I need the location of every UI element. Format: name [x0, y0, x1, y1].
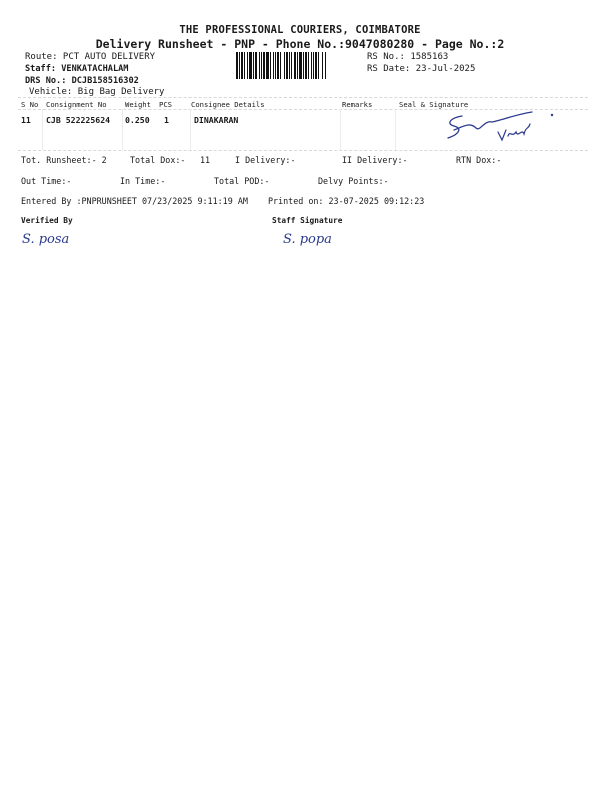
total-pod: Total POD:- — [214, 176, 269, 186]
col-header-remarks: Remarks — [342, 100, 372, 109]
total-dox-value: 11 — [200, 155, 210, 165]
out-time: Out Time:- — [21, 176, 71, 186]
verified-by-signature: S. posa — [22, 232, 69, 247]
col-divider — [340, 109, 341, 150]
col-header-consignee: Consignee Details — [191, 100, 265, 109]
cell-consignee: DINAKARAN — [194, 115, 238, 125]
printed-on: Printed on: 23-07-2025 09:12:23 — [268, 196, 424, 206]
barcode-icon — [236, 52, 362, 79]
entered-by: Entered By :PNPRUNSHEET 07/23/2025 9:11:… — [21, 196, 248, 206]
i-delivery: I Delivery:- — [235, 155, 296, 165]
table-bottom-rule — [18, 150, 588, 151]
vehicle-info: Vehicle: Big Bag Delivery — [29, 87, 164, 97]
staff-info: Staff: VENKATACHALAM — [25, 64, 128, 74]
route-info: Route: PCT AUTO DELIVERY — [25, 52, 155, 62]
cell-sno: 11 — [21, 115, 31, 125]
col-divider — [190, 109, 191, 150]
col-header-pcs: PCS — [159, 100, 172, 109]
delvy-points: Delvy Points:- — [318, 176, 389, 186]
staff-signature: S. popa — [283, 232, 332, 247]
col-header-weight: Weight — [125, 100, 151, 109]
total-runsheet: Tot. Runsheet:- 2 — [21, 155, 107, 165]
rs-date: RS Date: 23-Jul-2025 — [367, 64, 475, 74]
table-top-rule — [18, 97, 588, 98]
col-header-sno: S No — [21, 100, 38, 109]
col-header-consignment: Consignment No — [46, 100, 107, 109]
handwritten-signature-icon — [440, 108, 560, 148]
rs-number: RS No.: 1585163 — [367, 52, 448, 62]
cell-consignment-no: CJB 522225624 — [46, 115, 110, 125]
drs-number: DRS No.: DCJB158516302 — [25, 76, 139, 86]
col-divider — [42, 109, 43, 150]
col-divider — [122, 109, 123, 150]
company-title: THE PROFESSIONAL COURIERS, COIMBATORE — [0, 24, 600, 36]
cell-weight: 0.250 — [125, 115, 150, 125]
staff-signature-label: Staff Signature — [272, 216, 342, 225]
cell-pcs: 1 — [164, 115, 169, 125]
in-time: In Time:- — [120, 176, 165, 186]
col-divider — [395, 109, 396, 150]
verified-by-label: Verified By — [21, 216, 73, 225]
rtn-dox: RTN Dox:- — [456, 155, 501, 165]
runsheet-subtitle: Delivery Runsheet - PNP - Phone No.:9047… — [0, 37, 600, 51]
ii-delivery: II Delivery:- — [342, 155, 408, 165]
total-dox-label: Total Dox:- — [130, 155, 185, 165]
